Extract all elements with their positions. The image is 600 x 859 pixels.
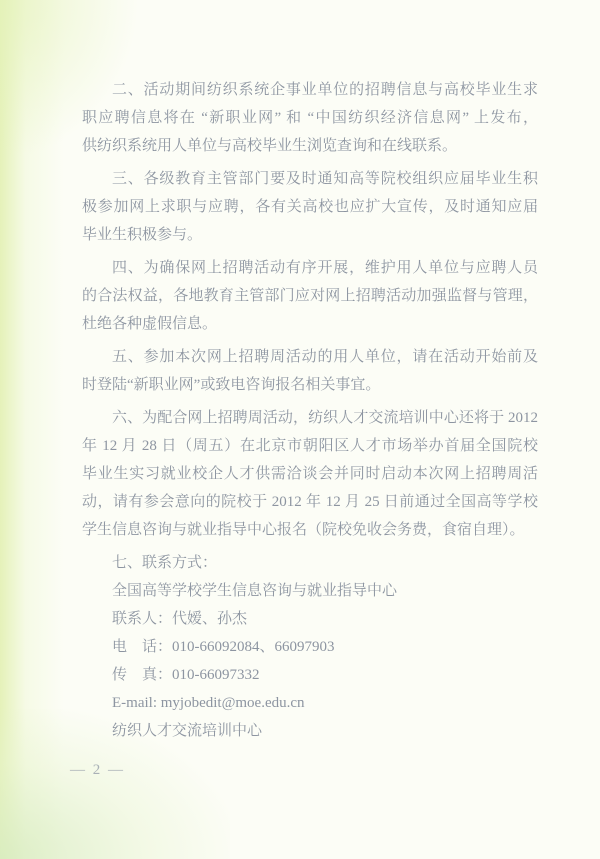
paragraph: 七、联系方式：全国高等学校学生信息咨询与就业指导中心联系人：代嫒、孙杰电 话：0… (82, 549, 538, 745)
text-line: 三、各级教育主管部门要及时通知高等院校组织应届毕业生积 (82, 165, 538, 193)
paragraph: 二、活动期间纺织系统企事业单位的招聘信息与高校毕业生求职应聘信息将在 “新职业网… (82, 76, 538, 160)
paragraph: 四、为确保网上招聘活动有序开展，维护用人单位与应聘人员的合法权益，各地教育主管部… (82, 254, 538, 338)
paragraph: 三、各级教育主管部门要及时通知高等院校组织应届毕业生积极参加网上求职与应聘，各有… (82, 165, 538, 249)
text-line: 五、参加本次网上招聘周活动的用人单位，请在活动开始前及 (82, 343, 538, 371)
text-line: 极参加网上求职与应聘，各有关高校也应扩大宣传，及时通知应届 (82, 193, 538, 221)
text-line: 的合法权益，各地教育主管部门应对网上招聘活动加强监督与管理， (82, 282, 538, 310)
text-line: 毕业生积极参与。 (82, 221, 538, 249)
text-line: 传 真：010-66097332 (82, 661, 538, 689)
text-line: 时登陆“新职业网”或致电咨询报名相关事宜。 (82, 371, 538, 399)
text-line: 二、活动期间纺织系统企事业单位的招聘信息与高校毕业生求 (82, 76, 538, 104)
text-line: 全国高等学校学生信息咨询与就业指导中心 (82, 577, 538, 605)
text-line: 七、联系方式： (82, 549, 538, 577)
document-page: 二、活动期间纺织系统企事业单位的招聘信息与高校毕业生求职应聘信息将在 “新职业网… (0, 0, 600, 859)
text-line: 联系人：代嫒、孙杰 (82, 605, 538, 633)
text-line: 职应聘信息将在 “新职业网” 和 “中国纺织经济信息网” 上发布， (82, 104, 538, 132)
text-line: E-mail: myjobedit@moe.edu.cn (82, 689, 538, 717)
paragraph: 五、参加本次网上招聘周活动的用人单位，请在活动开始前及时登陆“新职业网”或致电咨… (82, 343, 538, 399)
text-line: 年 12 月 28 日（周五）在北京市朝阳区人才市场举办首届全国院校 (82, 432, 538, 460)
text-line: 杜绝各种虚假信息。 (82, 310, 538, 338)
text-line: 学生信息咨询与就业指导中心报名（院校免收会务费，食宿自理）。 (82, 516, 538, 544)
text-line: 四、为确保网上招聘活动有序开展，维护用人单位与应聘人员 (82, 254, 538, 282)
text-line: 六、为配合网上招聘周活动，纺织人才交流培训中心还将于 2012 (82, 404, 538, 432)
scan-left-edge-tint (0, 0, 64, 859)
paragraph: 六、为配合网上招聘周活动，纺织人才交流培训中心还将于 2012年 12 月 28… (82, 404, 538, 544)
document-body: 二、活动期间纺织系统企事业单位的招聘信息与高校毕业生求职应聘信息将在 “新职业网… (82, 76, 538, 750)
text-line: 供纺织系统用人单位与高校毕业生浏览查询和在线联系。 (82, 132, 538, 160)
text-line: 电 话：010-66092084、66097903 (82, 633, 538, 661)
text-line: 毕业生实习就业校企人才供需洽谈会并同时启动本次网上招聘周活 (82, 460, 538, 488)
page-number: — 2 — (70, 762, 125, 779)
text-line: 动，请有参会意向的院校于 2012 年 12 月 25 日前通过全国高等学校 (82, 488, 538, 516)
text-line: 纺织人才交流培训中心 (82, 717, 538, 745)
